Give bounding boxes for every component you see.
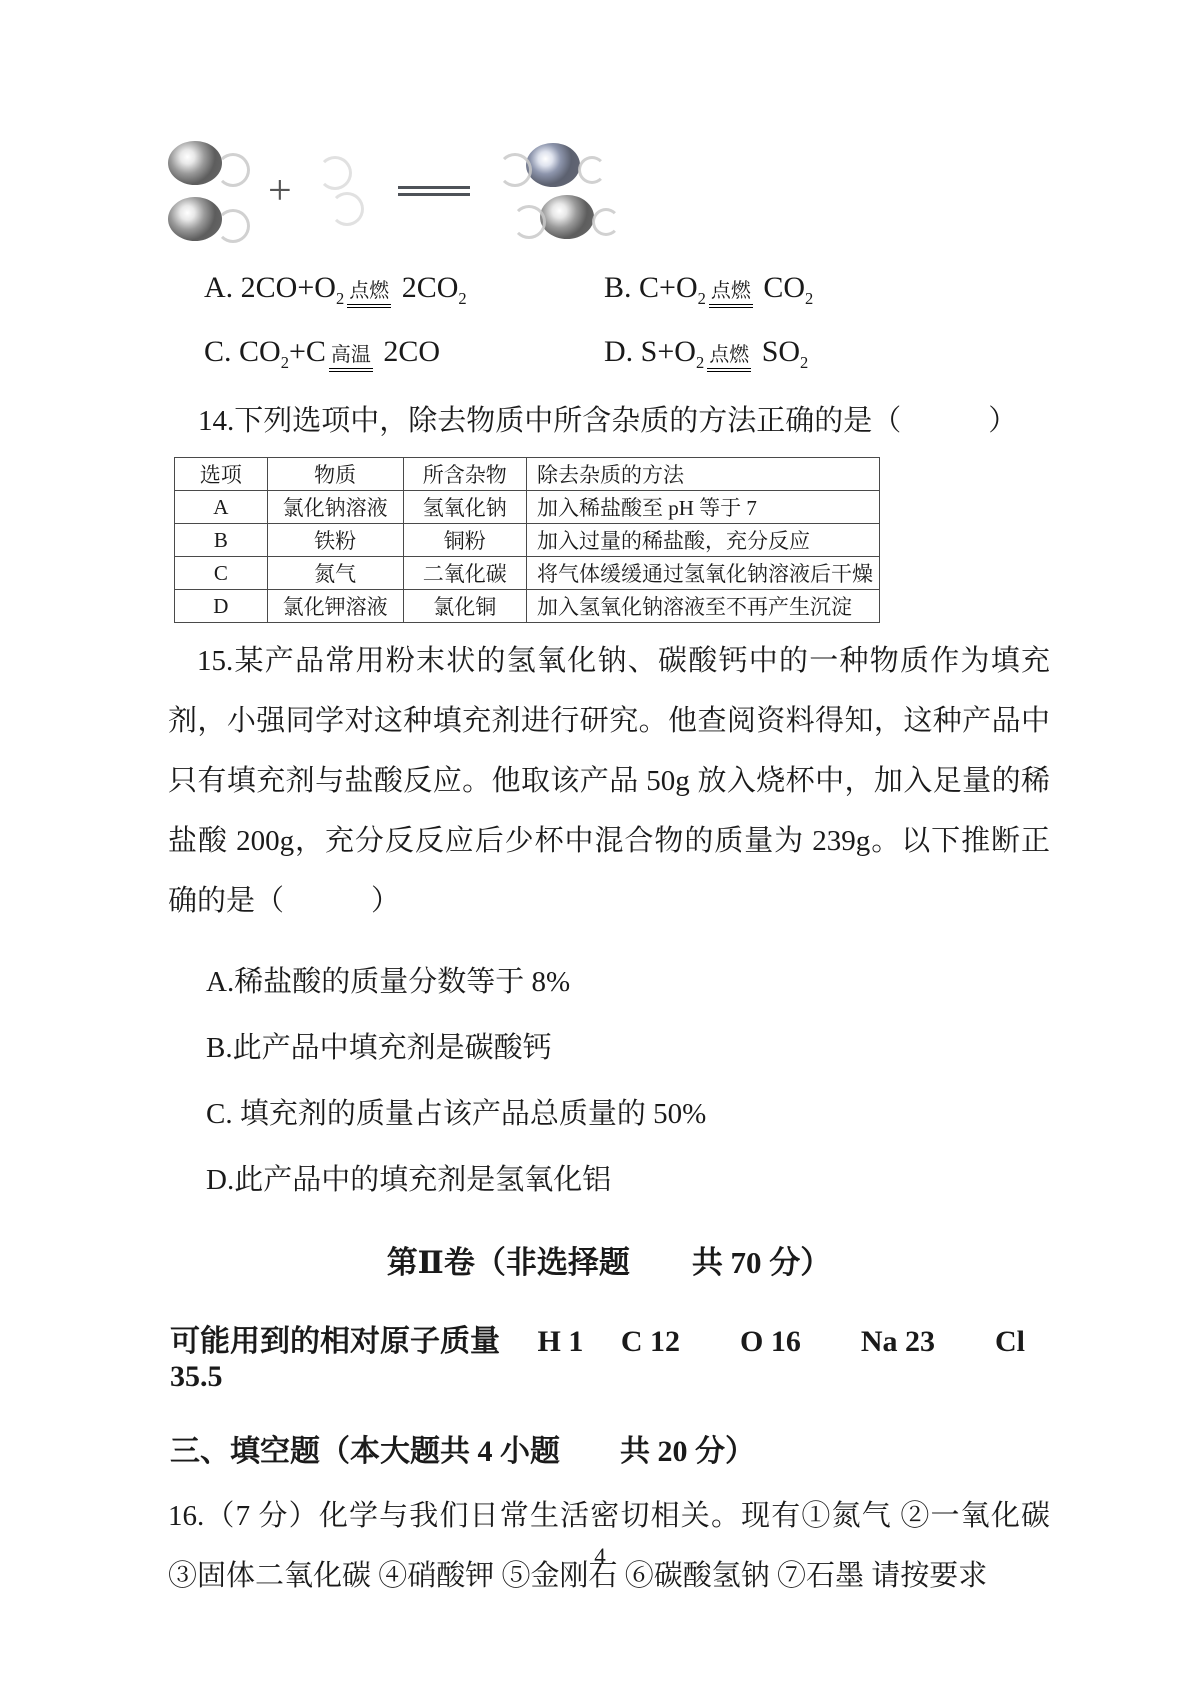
oxygen-ring-icon xyxy=(592,208,620,236)
header-impurity: 所含杂物 xyxy=(403,458,526,491)
cell-method: 加入稀盐酸至 pH 等于 7 xyxy=(526,491,879,524)
oxygen-ring-icon xyxy=(330,192,364,226)
oxygen-ring-icon xyxy=(216,209,250,243)
table-row: B 铁粉 铜粉 加入过量的稀盐酸，充分反应 xyxy=(175,524,880,557)
oxygen-ring-icon xyxy=(512,205,546,239)
part2-title: 第Ⅱ卷（非选择题 共 70 分） xyxy=(168,1237,1050,1282)
section3-title: 三、填空题（本大题共 4 小题 共 20 分） xyxy=(170,1426,1050,1470)
equals-sign-icon xyxy=(398,186,470,196)
table-row: C 氮气 二氧化碳 将气体缓缓通过氢氧化钠溶液后干燥 xyxy=(175,557,880,590)
reactant-o2-molecule xyxy=(318,156,364,226)
q13-option-d: D. S+O2点燃 SO2 xyxy=(568,335,1050,373)
molecular-diagram: + xyxy=(168,128,1050,253)
cell-impurity: 氢氧化钠 xyxy=(403,491,526,524)
q13-option-b: B. C+O2点燃 CO2 xyxy=(568,271,1050,309)
header-option: 选项 xyxy=(175,458,268,491)
cell-substance: 铁粉 xyxy=(267,524,403,557)
cell-option: B xyxy=(175,524,268,557)
exam-page: + A. 2CO+O2点燃 2CO2 B. C+O2点燃 CO2 C. CO2+… xyxy=(0,0,1200,1698)
cell-impurity: 二氧化碳 xyxy=(403,557,526,590)
co-molecule xyxy=(168,195,250,243)
co-molecule xyxy=(168,139,250,187)
carbon-sphere-icon xyxy=(168,197,222,241)
oxygen-ring-icon xyxy=(216,153,250,187)
q13-options: A. 2CO+O2点燃 2CO2 B. C+O2点燃 CO2 C. CO2+C高… xyxy=(168,271,1050,373)
cell-substance: 氯化钠溶液 xyxy=(267,491,403,524)
header-substance: 物质 xyxy=(267,458,403,491)
cell-substance: 氯化钾溶液 xyxy=(267,590,403,623)
cell-method: 加入氢氧化钠溶液至不再产生沉淀 xyxy=(526,590,879,623)
question-14-text: 14.下列选项中，除去物质中所含杂质的方法正确的是（ ） xyxy=(168,391,1050,451)
cell-method: 将气体缓缓通过氢氧化钠溶液后干燥 xyxy=(526,557,879,590)
oxygen-ring-icon xyxy=(578,156,606,184)
q15-options: A.稀盐酸的质量分数等于 8% B.此产品中填充剂是碳酸钙 C. 填充剂的质量占… xyxy=(168,968,1050,1195)
co2-molecule xyxy=(512,195,620,239)
product-co2-molecules xyxy=(498,143,620,239)
oxygen-ring-icon xyxy=(318,156,352,190)
atomic-masses-line: 可能用到的相对原子质量 H 1 C 12 O 16 Na 23 Cl 35.5 xyxy=(170,1316,1050,1394)
cell-substance: 氮气 xyxy=(267,557,403,590)
carbon-sphere-icon xyxy=(526,143,580,187)
table-header-row: 选项 物质 所含杂物 除去杂质的方法 xyxy=(175,458,880,491)
page-number: 4 xyxy=(0,1544,1200,1570)
carbon-sphere-icon xyxy=(540,195,594,239)
q15-option-d: D.此产品中的填充剂是氢氧化铝 xyxy=(168,1166,1050,1195)
q14-purity-table: 选项 物质 所含杂物 除去杂质的方法 A 氯化钠溶液 氢氧化钠 加入稀盐酸至 p… xyxy=(174,457,880,623)
table-row: A 氯化钠溶液 氢氧化钠 加入稀盐酸至 pH 等于 7 xyxy=(175,491,880,524)
co2-molecule xyxy=(498,143,620,187)
table-row: D 氯化钾溶液 氯化铜 加入氢氧化钠溶液至不再产生沉淀 xyxy=(175,590,880,623)
question-15-text: 15.某产品常用粉末状的氢氧化钠、碳酸钙中的一种物质作为填充剂，小强同学对这种填… xyxy=(168,631,1050,931)
cell-impurity: 氯化铜 xyxy=(403,590,526,623)
header-method: 除去杂质的方法 xyxy=(526,458,879,491)
carbon-sphere-icon xyxy=(168,141,222,185)
q13-option-c: C. CO2+C高温 2CO xyxy=(168,335,568,373)
q15-option-c: C. 填充剂的质量占该产品总质量的 50% xyxy=(168,1100,1050,1129)
cell-option: A xyxy=(175,491,268,524)
plus-sign: + xyxy=(268,170,292,212)
oxygen-ring-icon xyxy=(498,153,532,187)
cell-impurity: 铜粉 xyxy=(403,524,526,557)
cell-option: D xyxy=(175,590,268,623)
q15-option-a: A.稀盐酸的质量分数等于 8% xyxy=(168,968,1050,997)
q15-option-b: B.此产品中填充剂是碳酸钙 xyxy=(168,1034,1050,1063)
reactant-co-molecules xyxy=(168,139,250,243)
q13-option-a: A. 2CO+O2点燃 2CO2 xyxy=(168,271,568,309)
cell-option: C xyxy=(175,557,268,590)
cell-method: 加入过量的稀盐酸，充分反应 xyxy=(526,524,879,557)
